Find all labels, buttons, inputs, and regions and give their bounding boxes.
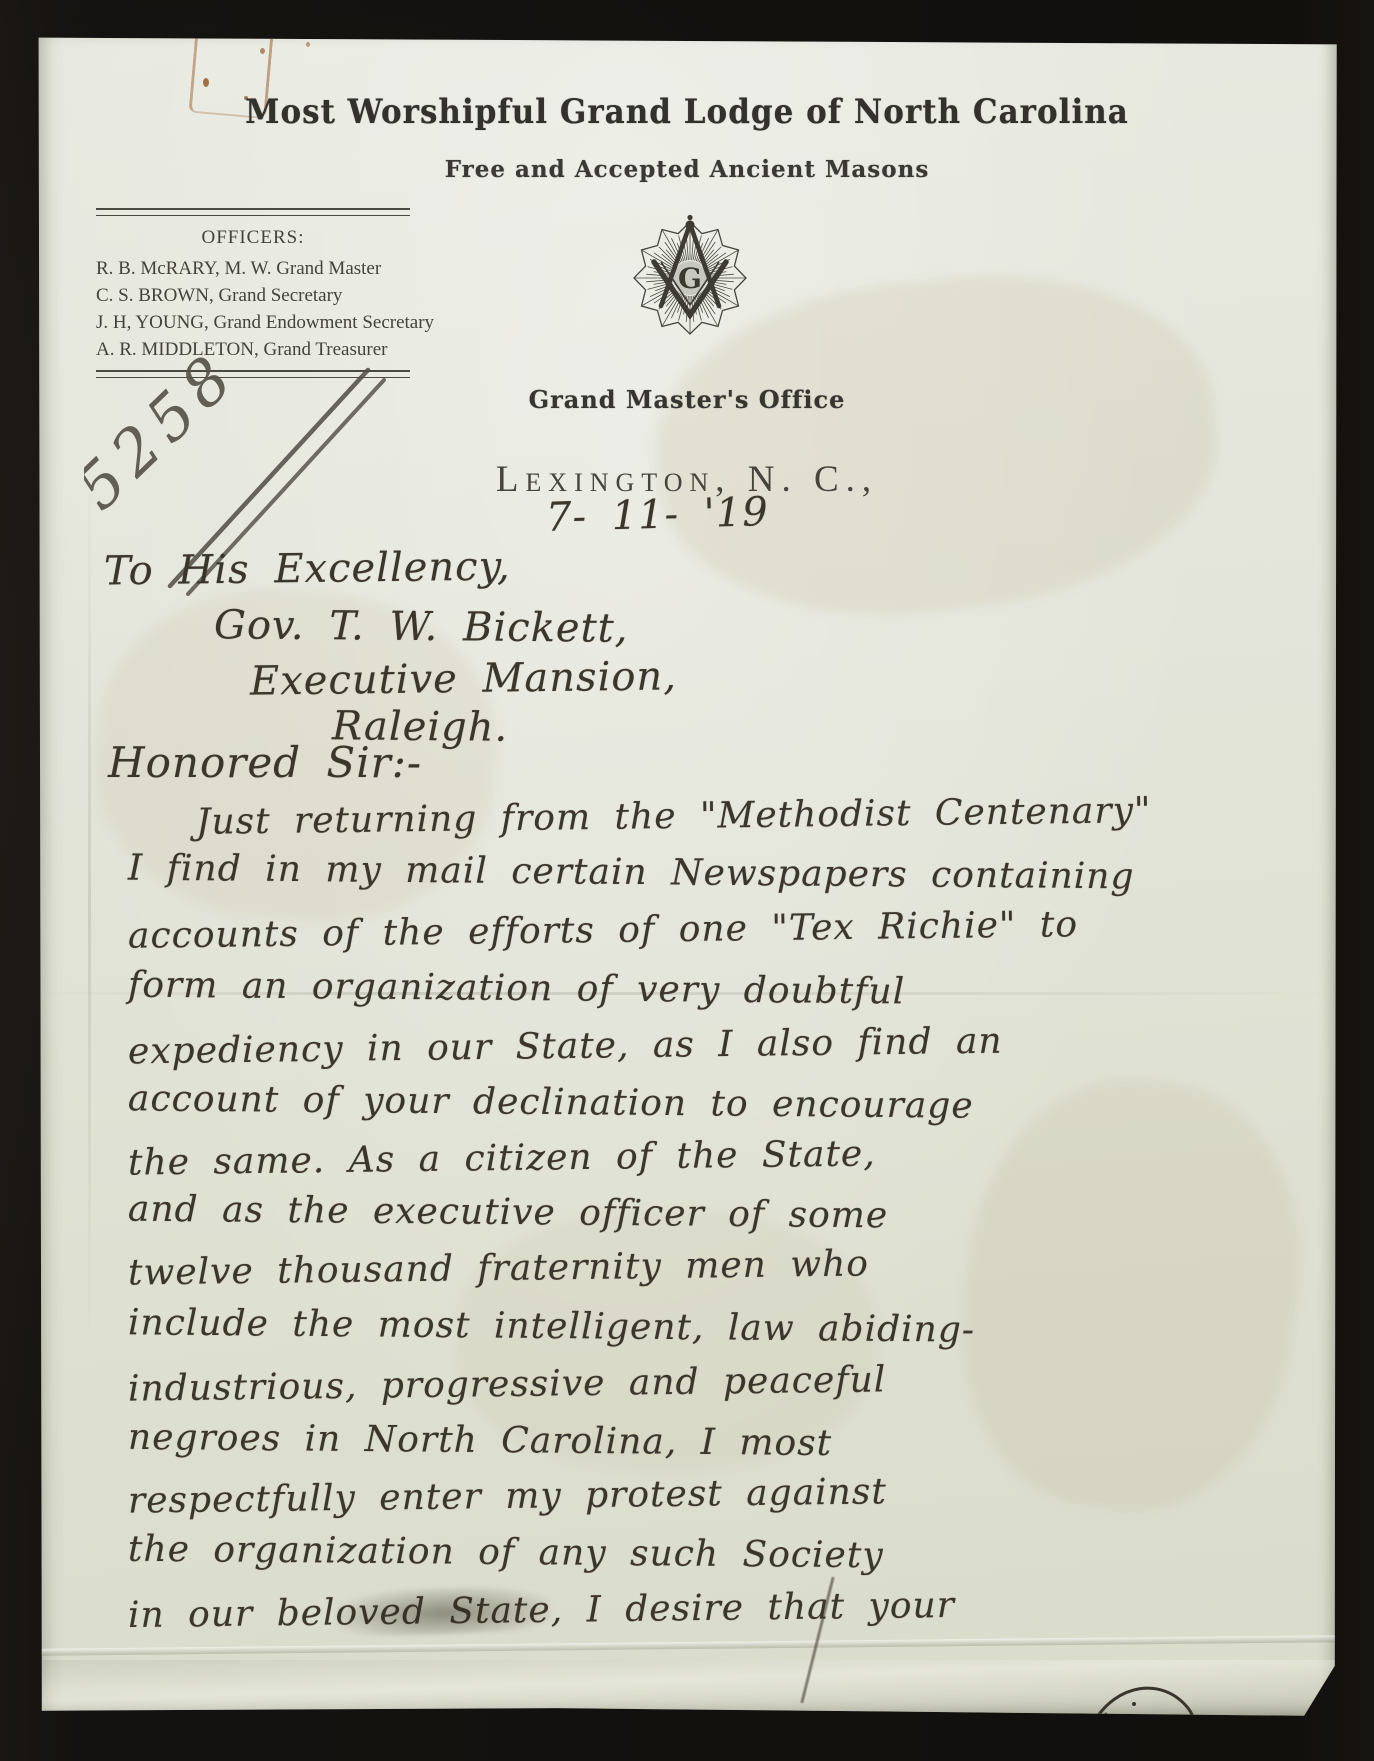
handwritten-date: 7- 11- '19	[545, 489, 769, 541]
officer-line: R. B. McRARY, M. W. Grand Master	[96, 255, 410, 282]
rust-spot	[203, 78, 209, 87]
address-line: To His Excellency,	[104, 544, 511, 595]
ink-bleed-ghost	[938, 1059, 1325, 1531]
paper-crease	[36, 1635, 1338, 1656]
pen-flourish	[1076, 1670, 1236, 1760]
body-line: I find in my mail certain Newspapers con…	[128, 848, 1135, 898]
letter-page: Most Worshipful Grand Lodge of North Car…	[36, 30, 1338, 1720]
emblem-letter-g: G	[678, 262, 702, 295]
body-line: expediency in our State, as I also find …	[128, 1021, 1003, 1073]
body-line: respectfully enter my protest against	[128, 1471, 887, 1521]
scan-background: Most Worshipful Grand Lodge of North Car…	[0, 0, 1374, 1761]
salutation: Honored Sir:-	[108, 738, 422, 787]
letterhead-subtitle: Free and Accepted Ancient Masons	[36, 156, 1338, 183]
masonic-square-compasses-icon: G	[625, 212, 755, 342]
rust-spot	[260, 48, 265, 54]
letterhead-title: Most Worshipful Grand Lodge of North Car…	[36, 93, 1338, 132]
body-line: form an organization of very doubtful	[128, 965, 906, 1013]
ink-smudge	[335, 1584, 551, 1637]
body-line: the same. As a citizen of the State,	[128, 1133, 876, 1183]
address-line: Executive Mansion,	[250, 653, 677, 704]
officer-line: C. S. BROWN, Grand Secretary	[96, 282, 410, 309]
address-line: Gov. T. W. Bickett,	[214, 602, 629, 652]
body-line: and as the executive officer of some	[128, 1189, 889, 1237]
body-line: the organization of any such Society	[128, 1529, 884, 1577]
body-line: negroes in North Carolina, I most	[128, 1417, 832, 1464]
file-number: 5258	[84, 337, 252, 524]
divider-rule	[96, 208, 410, 216]
officers-heading: OFFICERS:	[96, 224, 410, 251]
body-line: account of your declination to encourage	[128, 1078, 974, 1126]
body-line: include the most intelligent, law abidin…	[128, 1302, 975, 1350]
rust-spot	[306, 42, 310, 47]
